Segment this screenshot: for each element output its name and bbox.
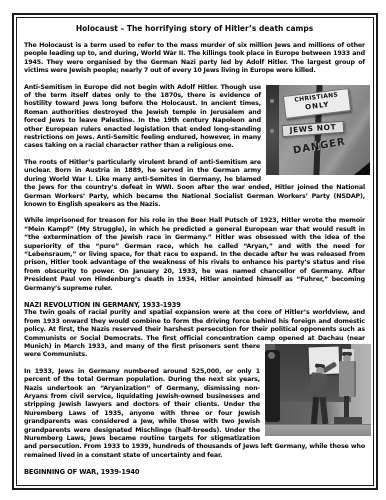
officer-leg: [344, 396, 349, 419]
sign-text: ONLY: [305, 101, 330, 112]
photo-antisemitic-signs: CHRISTIANS ONLY JEWS NOT DANGER: [266, 85, 370, 175]
page-border-outer: Holocaust – The horrifying story of Hitl…: [12, 13, 378, 490]
paragraph-holocaust-intro: The Holocaust is a term used to refer to…: [24, 42, 365, 76]
lamp-post-bolt: [270, 129, 274, 133]
photo-sa-boycott: [265, 344, 371, 436]
article-body: The Holocaust is a term used to refer to…: [24, 42, 365, 477]
photo-corner-shadow: [354, 162, 370, 175]
paragraph-text: The twin goals of racial purity and spat…: [24, 309, 365, 341]
paragraph-nazi-revolution: The twin goals of racial purity and spat…: [24, 309, 365, 359]
sa-man-torso: [308, 372, 327, 400]
page-title: Holocaust – The horrifying story of Hitl…: [24, 24, 365, 33]
bystanders-silhouette: [265, 350, 280, 422]
bystander-head: [268, 352, 275, 359]
pavement: [265, 424, 371, 436]
heading-beginning-of-war: BEGINNING OF WAR, 1939-1940: [24, 468, 365, 476]
paragraph-text: Anti-Semitism in Europe did not begin wi…: [24, 84, 261, 150]
officer-coat: [339, 361, 356, 397]
paragraph-mein-kampf: While imprisoned for treason for his rol…: [24, 217, 365, 293]
lamp-post-bolt: [270, 99, 274, 103]
paragraph-antisemitism-history: CHRISTIANS ONLY JEWS NOT DANGER Anti-Sem…: [24, 84, 365, 151]
page-border-inner: Holocaust – The horrifying story of Hitl…: [16, 17, 374, 486]
paragraph-text: Munich) in March 1933, and many of the f…: [24, 343, 260, 358]
heading-nazi-revolution: NAZI REVOLUTION IN GERMANY, 1933-1939: [24, 301, 365, 309]
